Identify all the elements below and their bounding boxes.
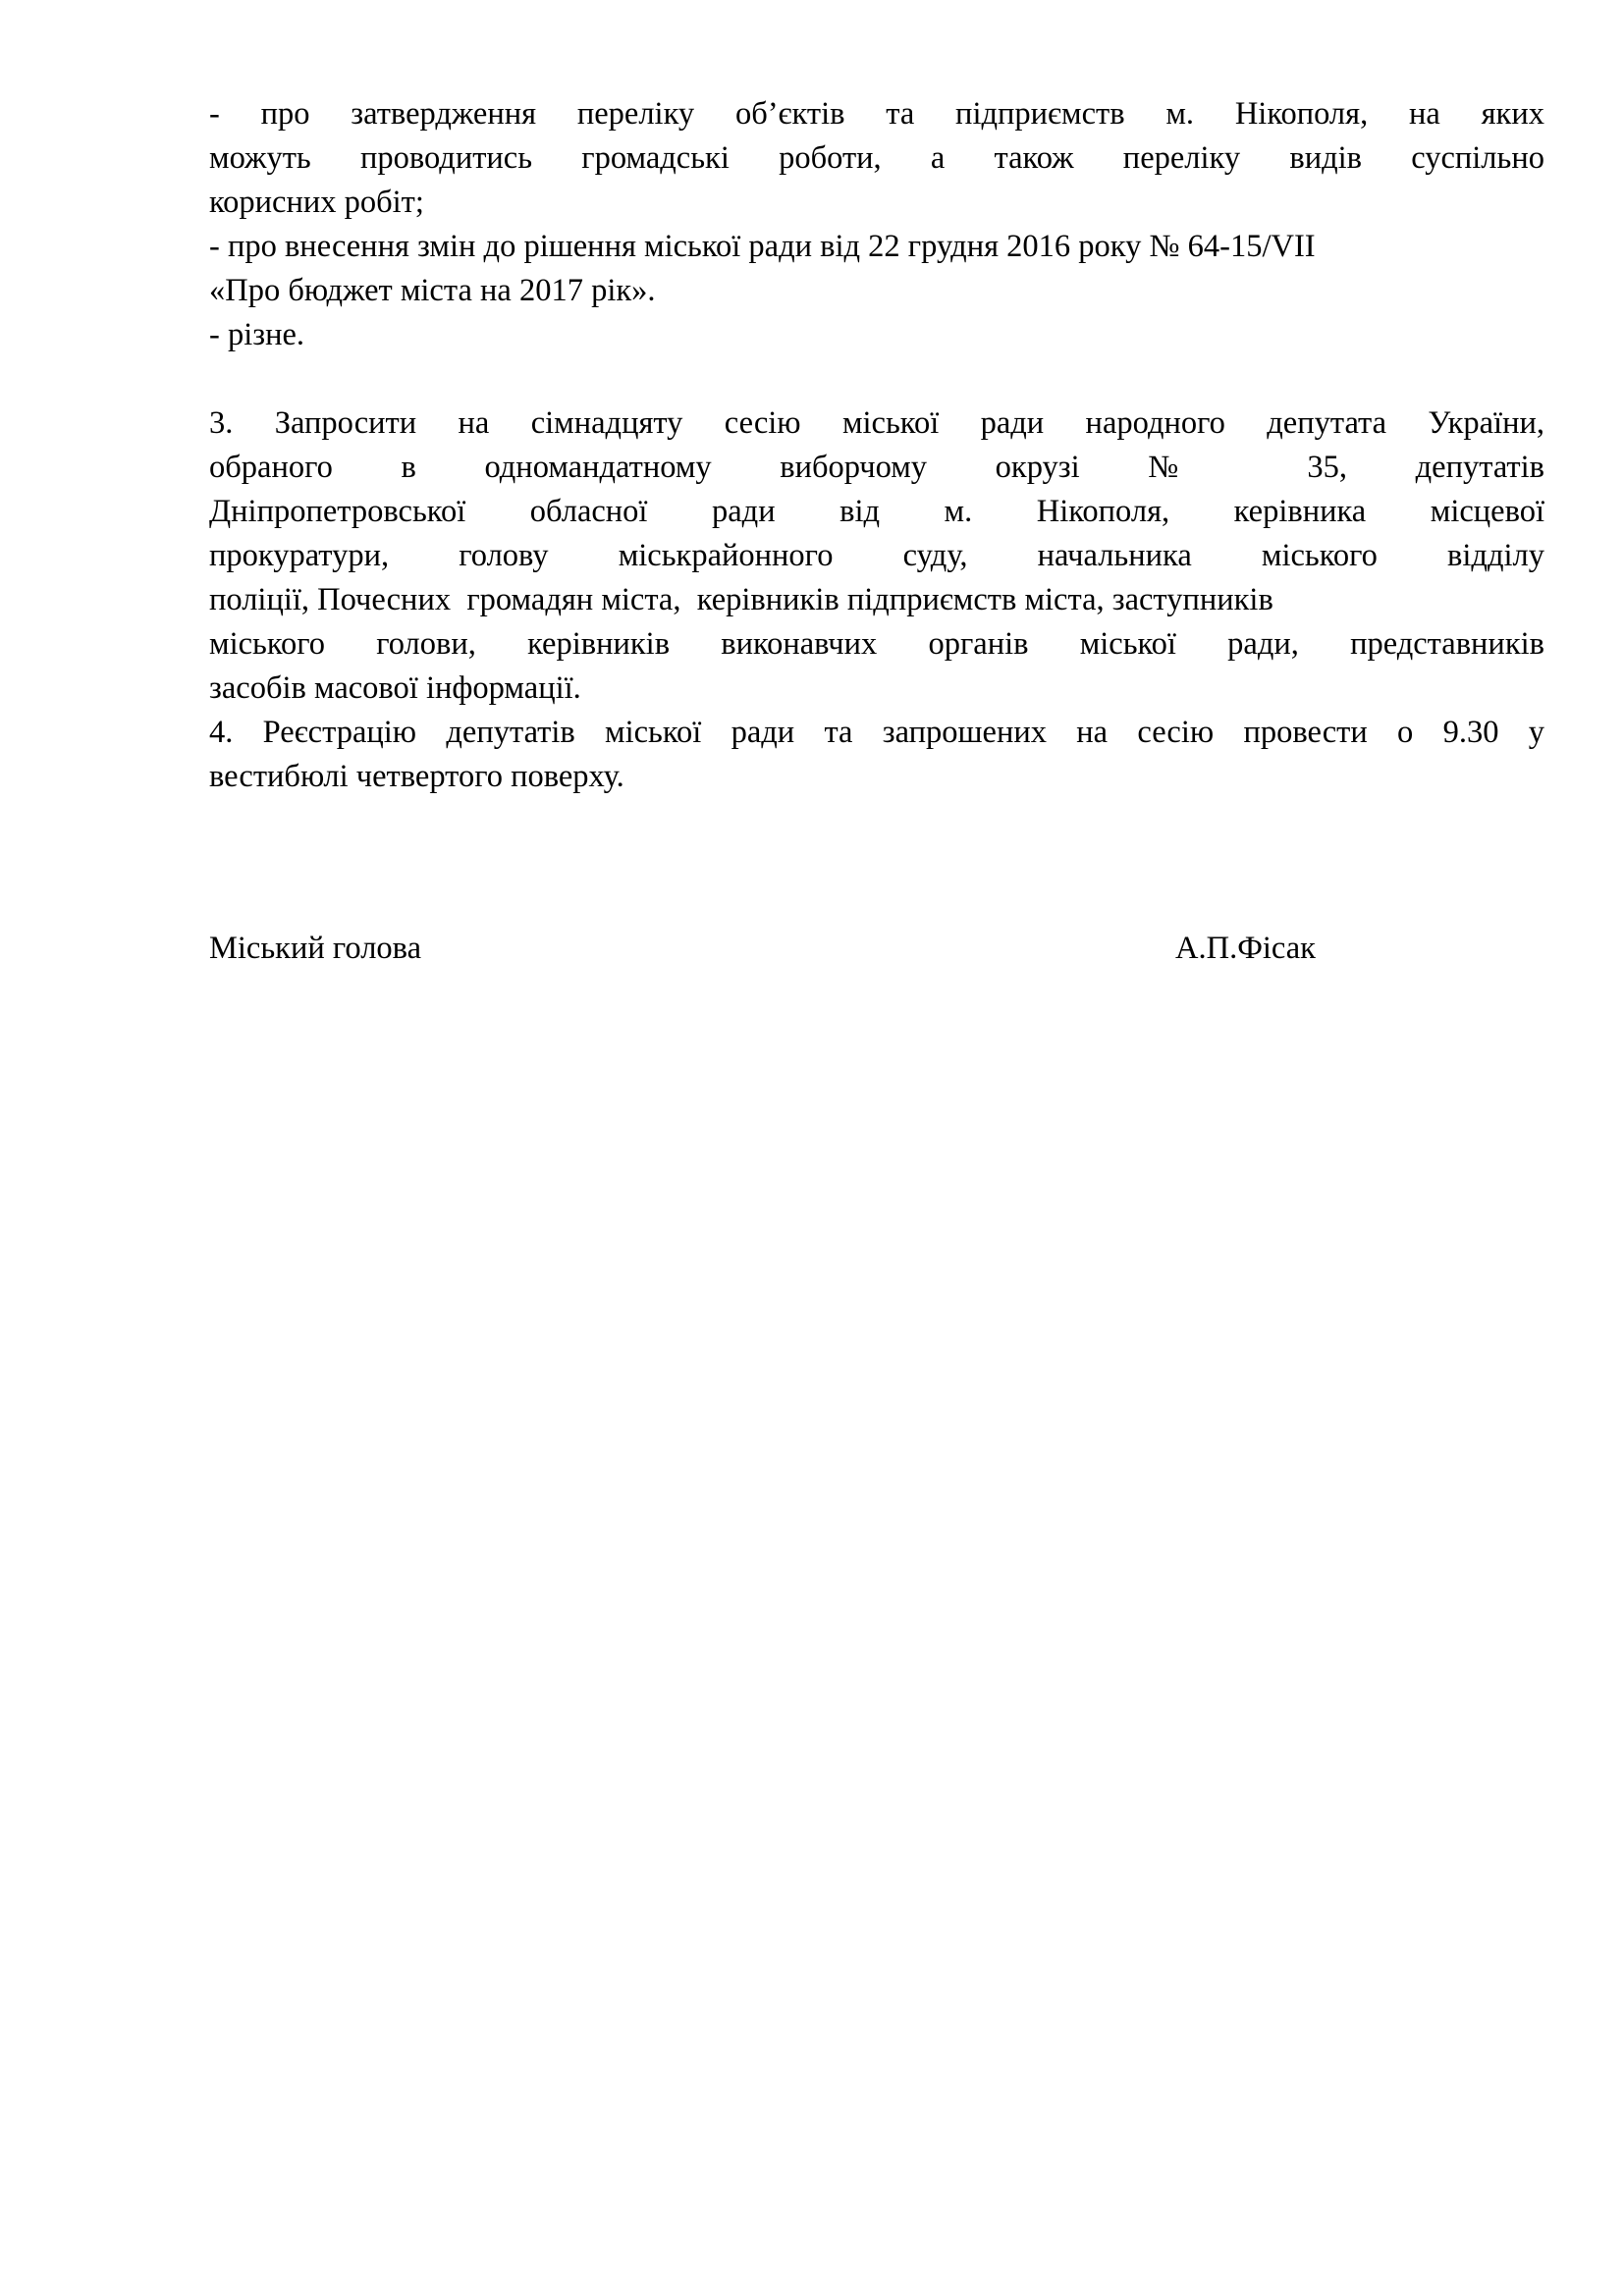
agenda-item-budget-line-2: «Про бюджет міста на 2017 рік». <box>209 269 1544 313</box>
document-page: - про затвердження переліку об’єктів та … <box>0 0 1624 2296</box>
signature-title: Міський голова <box>209 927 421 971</box>
agenda-item-other: - різне. <box>209 313 1544 357</box>
agenda-item-public-works-line-1: - про затвердження переліку об’єктів та … <box>209 92 1544 136</box>
paragraph-4-line-1: 4. Реєстрацію депутатів міської ради та … <box>209 711 1544 755</box>
agenda-item-budget-line-1: - про внесення змін до рішення міської р… <box>209 225 1544 269</box>
paragraph-3-line-1: 3. Запросити на сімнадцяту сесію міської… <box>209 401 1544 446</box>
paragraph-3-line-3: Дніпропетровської обласної ради від м. Н… <box>209 490 1544 534</box>
paragraph-3-line-6: міського голови, керівників виконавчих о… <box>209 622 1544 667</box>
signature-name: А.П.Фісак <box>1175 927 1316 971</box>
paragraph-3-line-5: поліції, Почесних громадян міста, керівн… <box>209 578 1544 622</box>
paragraph-3-line-4: прокуратури, голову міськрайонного суду,… <box>209 534 1544 578</box>
agenda-item-public-works-line-3: корисних робіт; <box>209 181 1544 225</box>
paragraph-spacer <box>209 357 1544 401</box>
paragraph-3-line-7: засобів масової інформації. <box>209 667 1544 711</box>
document-body: - про затвердження переліку об’єктів та … <box>209 92 1544 799</box>
paragraph-3-line-2: обраного в одномандатному виборчому окру… <box>209 446 1544 490</box>
agenda-item-public-works-line-2: можуть проводитись громадські роботи, а … <box>209 136 1544 181</box>
paragraph-4-line-2: вестибюлі четвертого поверху. <box>209 755 1544 799</box>
